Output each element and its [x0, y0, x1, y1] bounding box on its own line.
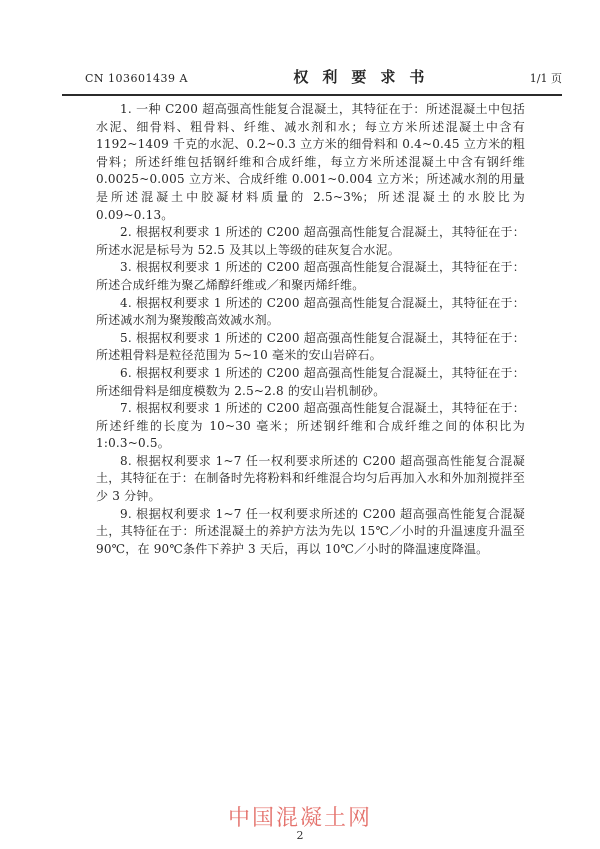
claims-body: 1. 一种 C200 超高强高性能复合混凝土，其特征在于：所述混凝土中包括水泥、…	[96, 101, 525, 558]
page-header: CN 103601439 A 权利要求书 1/1 页	[62, 66, 562, 96]
document-number: CN 103601439 A	[62, 72, 188, 85]
claim-5: 5. 根据权利要求 1 所述的 C200 超高强高性能复合混凝土，其特征在于：所…	[96, 330, 525, 365]
document-title: 权利要求书	[188, 66, 530, 87]
claim-9: 9. 根据权利要求 1~7 任一权利要求所述的 C200 超高强高性能复合混凝土…	[96, 506, 525, 559]
page-indicator: 1/1 页	[530, 70, 562, 86]
claim-1: 1. 一种 C200 超高强高性能复合混凝土，其特征在于：所述混凝土中包括水泥、…	[96, 101, 525, 224]
claim-7: 7. 根据权利要求 1 所述的 C200 超高强高性能复合混凝土，其特征在于：所…	[96, 400, 525, 453]
claim-2: 2. 根据权利要求 1 所述的 C200 超高强高性能复合混凝土，其特征在于：所…	[96, 224, 525, 259]
claim-3: 3. 根据权利要求 1 所述的 C200 超高强高性能复合混凝土，其特征在于：所…	[96, 259, 525, 294]
watermark: 中国混凝土网	[0, 801, 600, 832]
page-number: 2	[0, 829, 600, 842]
patent-claims-page: CN 103601439 A 权利要求书 1/1 页 1. 一种 C200 超高…	[0, 0, 600, 849]
claim-8: 8. 根据权利要求 1~7 任一权利要求所述的 C200 超高强高性能复合混凝土…	[96, 453, 525, 506]
claim-6: 6. 根据权利要求 1 所述的 C200 超高强高性能复合混凝土，其特征在于：所…	[96, 365, 525, 400]
claim-4: 4. 根据权利要求 1 所述的 C200 超高强高性能复合混凝土，其特征在于：所…	[96, 295, 525, 330]
